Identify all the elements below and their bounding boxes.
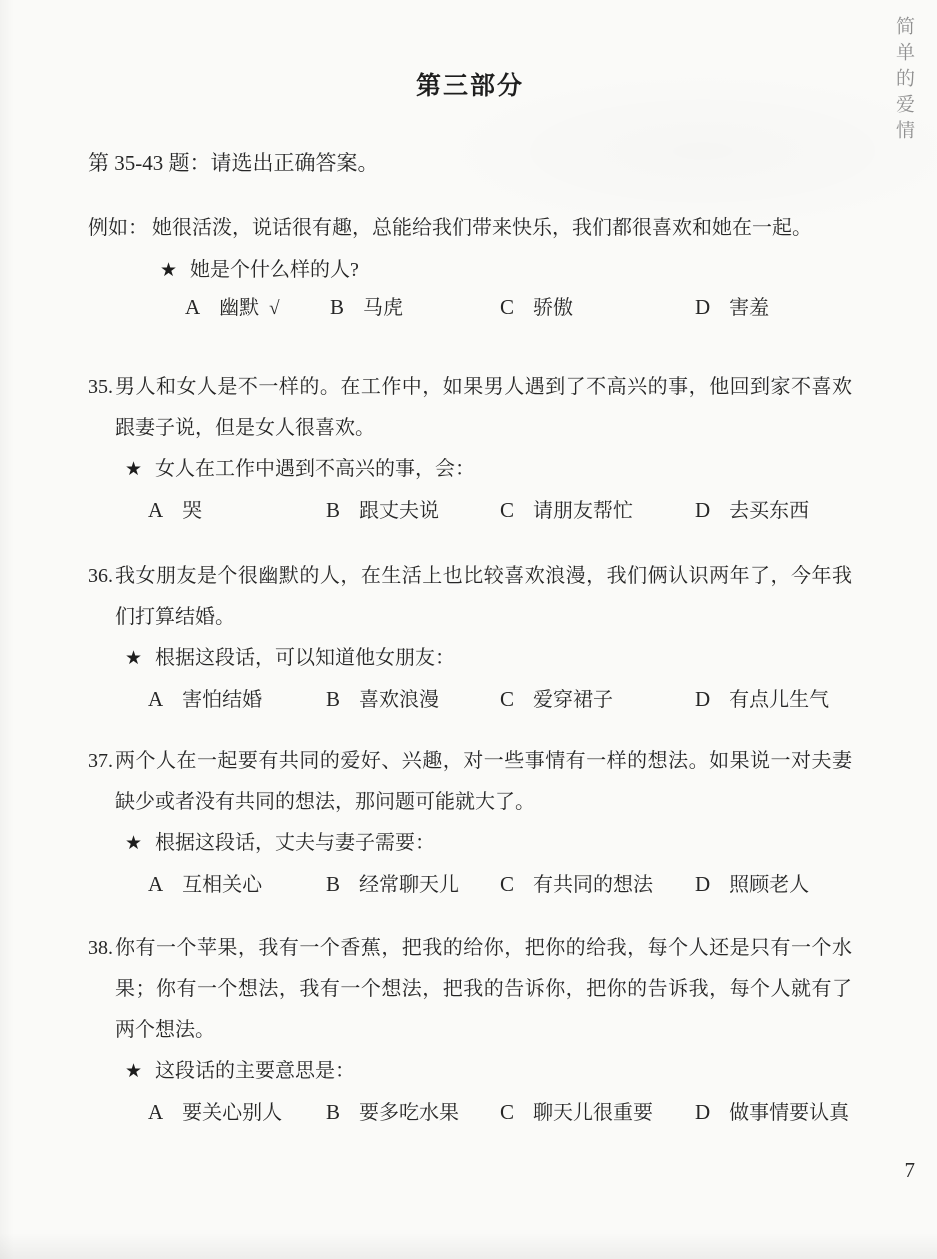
question-35: 35. 男人和女人是不一样的。在工作中，如果男人遇到了不高兴的事，他回到家不喜欢… [88,367,852,532]
example-block: 例如： 她很活泼，说话很有趣，总能给我们带来快乐，我们都很喜欢和她在一起。 ★ … [88,214,852,323]
instruction-line: 第 35-43 题：请选出正确答案。 [88,149,852,177]
option-letter: D [695,293,710,321]
option-text: 跟丈夫说 [359,491,439,532]
option-letter: A [148,490,163,531]
section-title: 第三部分 [88,70,852,104]
question-number: 35. [88,367,115,449]
option-letter: C [500,1092,514,1133]
option-text: 马虎 [363,294,403,322]
example-question-line: ★ 她是个什么样的人? [88,256,852,285]
question-number: 36. [88,556,115,638]
question-passage-line: 38. 你有一个苹果，我有一个香蕉，把我的给你，把你的给我，每个人还是只有一个水… [88,928,852,1051]
option-c: C 有共同的想法 [500,864,695,906]
book-edge-title: 简单的爱情 [890,16,917,146]
question-passage: 我女朋友是个很幽默的人，在生活上也比较喜欢浪漫，我们俩认识两年了，今年我们打算结… [115,556,852,638]
option-letter: B [326,864,340,905]
example-label: 例如： [88,214,152,242]
question-prompt: 女人在工作中遇到不高兴的事，会： [155,449,475,490]
option-letter: B [326,1092,340,1133]
question-passage: 两个人在一起要有共同的爱好、兴趣，对一些事情有一样的想法。如果说一对夫妻缺少或者… [115,741,852,823]
option-text: 照顾老人 [729,865,809,906]
option-text: 互相关心 [182,865,262,906]
question-options: A 要关心别人 B 要多吃水果 C 聊天儿很重要 D 做事情要认真 [88,1092,852,1134]
option-text: 有点儿生气 [729,680,829,721]
question-38: 38. 你有一个苹果，我有一个香蕉，把我的给你，把你的给我，每个人还是只有一个水… [88,928,852,1134]
option-text: 有共同的想法 [533,865,653,906]
question-passage: 你有一个苹果，我有一个香蕉，把我的给你，把你的给我，每个人还是只有一个水果；你有… [115,928,852,1051]
question-prompt-line: ★ 女人在工作中遇到不高兴的事，会： [88,449,852,490]
option-text: 请朋友帮忙 [533,491,633,532]
option-d: D 照顾老人 [695,864,852,906]
question-number: 37. [88,741,115,823]
option-text: 哭 [182,491,202,532]
option-letter: A [148,864,163,905]
question-prompt: 根据这段话，可以知道他女朋友： [155,638,455,679]
example-question: 她是个什么样的人? [190,256,359,284]
option-text: 做事情要认真 [729,1093,849,1134]
option-letter: A [148,1092,163,1133]
option-d: D 害羞 [695,293,852,323]
question-prompt: 根据这段话，丈夫与妻子需要： [155,823,435,864]
page-content: 第三部分 第 35-43 题：请选出正确答案。 例如： 她很活泼，说话很有趣，总… [88,0,852,1134]
option-a: A 哭 [148,490,326,532]
question-passage-line: 35. 男人和女人是不一样的。在工作中，如果男人遇到了不高兴的事，他回到家不喜欢… [88,367,852,449]
option-text: 害怕结婚 [182,680,262,721]
option-letter: C [500,490,514,531]
option-text: 幽默 [219,294,259,322]
star-icon: ★ [125,638,142,679]
star-icon: ★ [125,449,142,490]
option-d: D 做事情要认真 [695,1092,852,1134]
page-number: 7 [905,1158,916,1183]
option-text: 经常聊天儿 [359,865,459,906]
option-letter: A [148,679,163,720]
option-b: B 喜欢浪漫 [326,679,500,721]
option-letter: D [695,1092,710,1133]
option-c: C 骄傲 [500,293,695,323]
question-prompt-line: ★ 根据这段话，可以知道他女朋友： [88,638,852,679]
option-letter: C [500,293,514,321]
example-passage-line: 例如： 她很活泼，说话很有趣，总能给我们带来快乐，我们都很喜欢和她在一起。 [88,214,852,242]
option-letter: B [326,679,340,720]
option-letter: A [185,293,200,321]
option-b: B 跟丈夫说 [326,490,500,532]
option-letter: C [500,679,514,720]
question-37: 37. 两个人在一起要有共同的爱好、兴趣，对一些事情有一样的想法。如果说一对夫妻… [88,741,852,906]
option-c: C 爱穿裙子 [500,679,695,721]
option-b: B 要多吃水果 [326,1092,500,1134]
question-passage: 男人和女人是不一样的。在工作中，如果男人遇到了不高兴的事，他回到家不喜欢跟妻子说… [115,367,852,449]
question-number: 38. [88,928,115,1051]
question-prompt: 这段话的主要意思是： [155,1051,355,1092]
option-text: 骄傲 [533,294,573,322]
example-options: A 幽默 √ B 马虎 C 骄傲 D 害羞 [88,293,852,323]
question-36: 36. 我女朋友是个很幽默的人，在生活上也比较喜欢浪漫，我们俩认识两年了，今年我… [88,556,852,721]
star-icon: ★ [125,823,142,864]
question-passage-line: 36. 我女朋友是个很幽默的人，在生活上也比较喜欢浪漫，我们俩认识两年了，今年我… [88,556,852,638]
option-text: 喜欢浪漫 [359,680,439,721]
option-letter: D [695,679,710,720]
star-icon: ★ [125,1051,142,1092]
option-text: 去买东西 [729,491,809,532]
question-options: A 害怕结婚 B 喜欢浪漫 C 爱穿裙子 D 有点儿生气 [88,679,852,721]
scanned-exam-page: 简单的爱情 第三部分 第 35-43 题：请选出正确答案。 例如： 她很活泼，说… [0,0,937,1259]
question-options: A 哭 B 跟丈夫说 C 请朋友帮忙 D 去买东西 [88,490,852,532]
option-text: 害羞 [729,294,769,322]
option-letter: D [695,490,710,531]
option-letter: D [695,864,710,905]
example-passage: 她很活泼，说话很有趣，总能给我们带来快乐，我们都很喜欢和她在一起。 [152,214,852,242]
question-prompt-line: ★ 这段话的主要意思是： [88,1051,852,1092]
option-letter: B [326,490,340,531]
option-letter: C [500,864,514,905]
option-a: A 幽默 √ [185,293,330,323]
option-b: B 马虎 [330,293,500,323]
option-text: 爱穿裙子 [533,680,613,721]
question-options: A 互相关心 B 经常聊天儿 C 有共同的想法 D 照顾老人 [88,864,852,906]
option-text: 聊天儿很重要 [533,1093,653,1134]
option-c: C 请朋友帮忙 [500,490,695,532]
option-a: A 要关心别人 [148,1092,326,1134]
option-text: 要多吃水果 [359,1093,459,1134]
option-d: D 去买东西 [695,490,852,532]
question-prompt-line: ★ 根据这段话，丈夫与妻子需要： [88,823,852,864]
option-d: D 有点儿生气 [695,679,852,721]
star-icon: ★ [160,257,177,285]
correct-answer-checkmark: √ [269,295,279,323]
option-letter: B [330,293,344,321]
option-c: C 聊天儿很重要 [500,1092,695,1134]
option-a: A 互相关心 [148,864,326,906]
question-passage-line: 37. 两个人在一起要有共同的爱好、兴趣，对一些事情有一样的想法。如果说一对夫妻… [88,741,852,823]
option-b: B 经常聊天儿 [326,864,500,906]
option-a: A 害怕结婚 [148,679,326,721]
option-text: 要关心别人 [182,1093,282,1134]
